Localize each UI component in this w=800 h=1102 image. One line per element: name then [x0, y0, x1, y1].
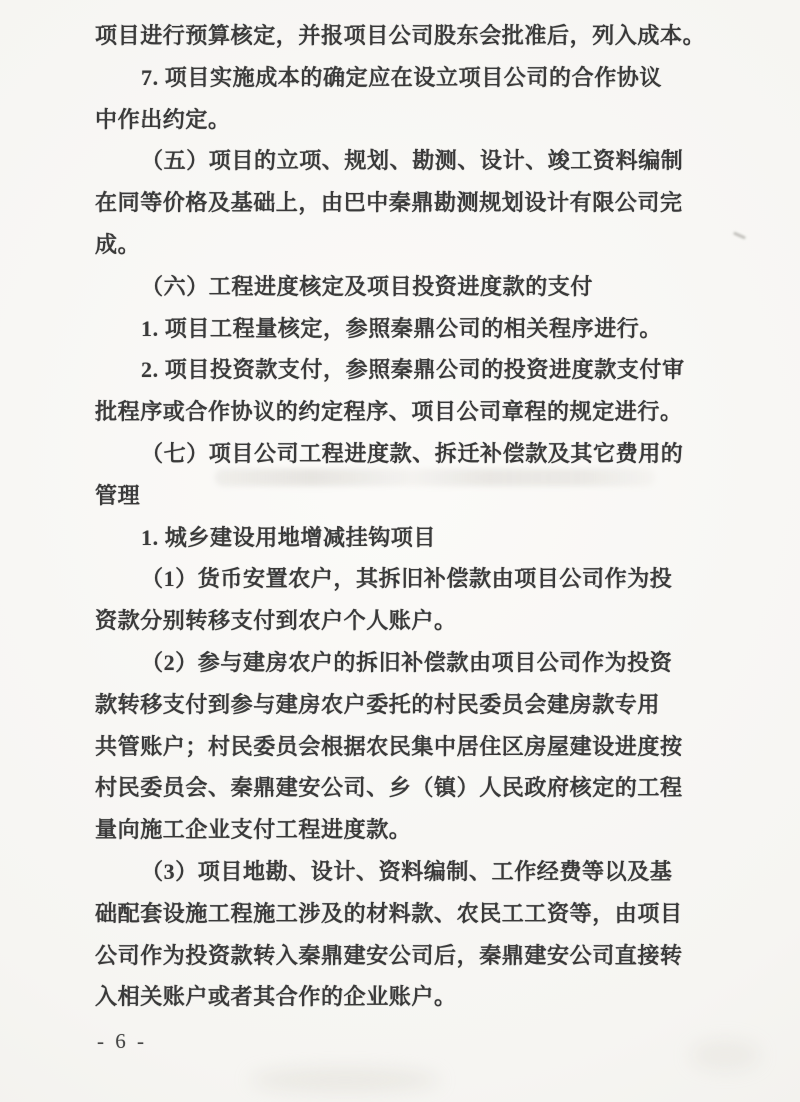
document-line: 款转移支付到参与建房农户委托的村民委员会建房款专用 — [95, 684, 705, 726]
document-line: 量向施工企业支付工程进度款。 — [95, 809, 705, 851]
scanned-document-page: 项目进行预算核定，并报项目公司股东会批准后，列入成本。 7. 项目实施成本的确定… — [0, 0, 800, 1102]
document-text-block: 项目进行预算核定，并报项目公司股东会批准后，列入成本。 7. 项目实施成本的确定… — [95, 15, 705, 1018]
document-line: （3）项目地勘、设计、资料编制、工作经费等以及基 — [95, 851, 705, 893]
document-line: 村民委员会、秦鼎建安公司、乡（镇）人民政府核定的工程 — [95, 767, 705, 809]
document-line: 1. 项目工程量核定，参照秦鼎公司的相关程序进行。 — [95, 308, 705, 350]
document-line: 入相关账户或者其合作的企业账户。 — [95, 976, 705, 1018]
document-line: 中作出约定。 — [95, 99, 705, 141]
document-line: 1. 城乡建设用地增减挂钩项目 — [95, 517, 705, 559]
document-line: 共管账户；村民委员会根据农民集中居住区房屋建设进度按 — [95, 726, 705, 768]
page-number: - 6 - — [97, 1026, 147, 1056]
document-line: （六）工程进度核定及项目投资进度款的支付 — [95, 266, 705, 308]
scan-shadow-smudge — [250, 1068, 440, 1092]
document-line: 成。 — [95, 224, 705, 266]
document-line: 7. 项目实施成本的确定应在设立项目公司的合作协议 — [95, 57, 705, 99]
document-line: 批程序或合作协议的约定程序、项目公司章程的规定进行。 — [95, 391, 705, 433]
document-line: 础配套设施工程施工涉及的材料款、农民工工资等，由项目 — [95, 893, 705, 935]
document-line: （1）货币安置农户，其拆旧补偿款由项目公司作为投 — [95, 558, 705, 600]
document-line: （2）参与建房农户的拆旧补偿款由项目公司作为投资 — [95, 642, 705, 684]
document-line: 公司作为投资款转入秦鼎建安公司后，秦鼎建安公司直接转 — [95, 935, 705, 977]
document-line: 项目进行预算核定，并报项目公司股东会批准后，列入成本。 — [95, 15, 705, 57]
document-line: 管理 — [95, 475, 705, 517]
document-line: 资款分别转移支付到农户个人账户。 — [95, 600, 705, 642]
document-line: （五）项目的立项、规划、勘测、设计、竣工资料编制 — [95, 140, 705, 182]
document-line: 2. 项目投资款支付，参照秦鼎公司的投资进度款支付审 — [95, 349, 705, 391]
document-line: 在同等价格及基础上，由巴中秦鼎勘测规划设计有限公司完 — [95, 182, 705, 224]
scan-mark-smudge — [733, 231, 746, 239]
document-line: （七）项目公司工程进度款、拆迁补偿款及其它费用的 — [95, 433, 705, 475]
scan-shadow-smudge — [690, 1040, 760, 1070]
